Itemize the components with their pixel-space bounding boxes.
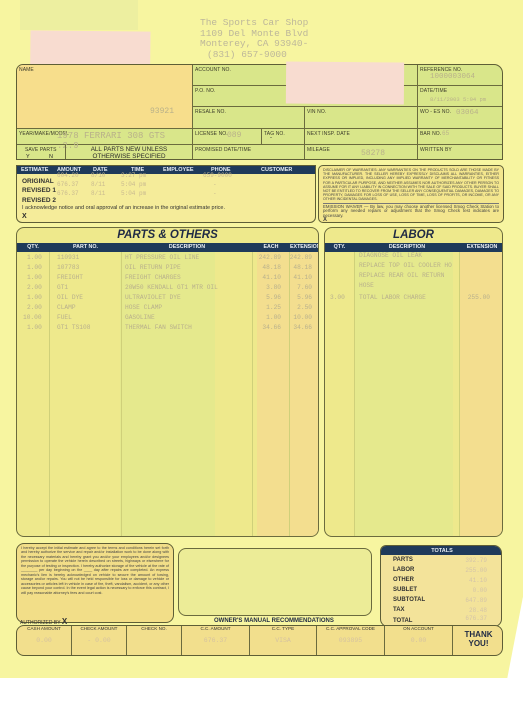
payment-value: 0.00 bbox=[385, 637, 452, 644]
wo-label: WO - ES NO. bbox=[420, 109, 451, 115]
mileage-field: MILEAGE 58278 bbox=[305, 145, 418, 160]
totals-value: 676.37 bbox=[465, 615, 487, 622]
payment-value: 0.00 bbox=[17, 637, 71, 644]
payment-check-amount: CHECK AMOUNT- 0.00 bbox=[72, 626, 127, 656]
payment-label: CHECK NO. bbox=[127, 626, 181, 631]
payment-label: C.C. AMOUNT bbox=[182, 626, 249, 631]
part-extension: 10.00 bbox=[293, 314, 312, 321]
totals-value: 41.10 bbox=[469, 577, 487, 584]
part-each: 242.89 bbox=[259, 254, 281, 261]
written-by-label: WRITTEN BY bbox=[420, 147, 452, 153]
thank-you-line1: THANK bbox=[453, 630, 503, 639]
part-each: 34.66 bbox=[262, 324, 281, 331]
vin-field: VIN NO. bbox=[305, 107, 418, 129]
tag-field: TAG NO. - bbox=[262, 129, 305, 145]
shop-name: The Sports Car Shop bbox=[200, 18, 308, 29]
col-customer: CUSTOMER bbox=[261, 167, 292, 173]
payment-label: CASH AMOUNT bbox=[17, 626, 71, 631]
estimate-signature-line[interactable]: X bbox=[22, 213, 27, 220]
part-each: 1.00 bbox=[266, 314, 281, 321]
part-extension: 7.60 bbox=[297, 284, 312, 291]
labor-qty: 3.00 bbox=[330, 294, 345, 301]
disclaimer-text: DISCLAIMER OF WARRANTIES: ANY WARRANTIES… bbox=[323, 168, 499, 202]
bar-label: BAR NO. bbox=[420, 131, 441, 137]
labor-row: REPLACE REAR OIL RETURN bbox=[325, 271, 502, 281]
part-number: FUEL bbox=[57, 314, 72, 321]
payment-check-no: CHECK NO. bbox=[127, 626, 182, 656]
part-extension: 41.10 bbox=[293, 274, 312, 281]
license-label: LICENSE NO. bbox=[195, 131, 228, 137]
name-label: NAME bbox=[19, 67, 34, 73]
estimate-original-label: ORIGINAL bbox=[22, 178, 54, 185]
estimate-revised1-date: 8/11 bbox=[91, 190, 105, 197]
resale-label: RESALE NO. bbox=[195, 109, 226, 115]
save-parts-field: SAVE PARTS Y N bbox=[17, 145, 66, 160]
name-field: NAME 93921 bbox=[17, 65, 193, 129]
estimate-section: ESTIMATE AMOUNT DATE TIME EMPLOYEE PHONE… bbox=[16, 165, 316, 223]
tag-value: - bbox=[270, 135, 272, 141]
parts-col-partno: PART NO. bbox=[50, 243, 121, 252]
save-parts-label: SAVE PARTS bbox=[25, 147, 57, 153]
parts-col-description: DESCRIPTION bbox=[122, 243, 252, 252]
parts-row: 1.00 110931 HT PRESSURE OIL LINE 242.89 … bbox=[17, 253, 318, 263]
parts-row: 2.00 CLAMP HOSE CLAMP 1.25 2.50 bbox=[17, 303, 318, 313]
bar-field: BAR NO. 65 bbox=[418, 129, 503, 145]
parts-col-extension: EXTENSION bbox=[290, 243, 319, 252]
parts-row: 10.00 FUEL GASOLINE 1.00 10.00 bbox=[17, 313, 318, 323]
parts-notice-line2: OTHERWISE SPECIFIED bbox=[66, 153, 192, 160]
totals-label: OTHER bbox=[393, 577, 414, 583]
estimate-top-time: 3:27 pm bbox=[121, 172, 146, 179]
estimate-revised2-label: REVISED 2 bbox=[22, 197, 56, 204]
datetime-label: DATE/TIME bbox=[420, 88, 447, 94]
part-description: FREIGHT CHARGES bbox=[125, 274, 181, 281]
redaction-sticker-account bbox=[286, 61, 404, 104]
labor-row: HOSE bbox=[325, 281, 502, 291]
estimate-original-time: 5:04 pm bbox=[121, 181, 146, 188]
totals-label: SUBLET bbox=[393, 587, 417, 593]
parts-notice: ALL PARTS NEW UNLESS OTHERWISE SPECIFIED bbox=[66, 145, 193, 160]
part-description: GASOLINE bbox=[125, 314, 155, 321]
save-parts-no[interactable]: N bbox=[49, 154, 53, 160]
part-extension: 2.50 bbox=[297, 304, 312, 311]
parts-title: PARTS & OTHERS bbox=[17, 229, 318, 241]
part-qty: 1.00 bbox=[27, 264, 42, 271]
totals-value: 392.79 bbox=[465, 557, 487, 564]
payment-cash: CASH AMOUNT0.00 bbox=[17, 626, 72, 656]
mileage-label: MILEAGE bbox=[307, 147, 330, 153]
part-qty: 1.00 bbox=[27, 254, 42, 261]
part-extension: 48.18 bbox=[293, 264, 312, 271]
totals-row-parts: PARTS392.79 bbox=[393, 557, 495, 567]
promised-field: PROMISED DATE/TIME bbox=[193, 145, 305, 160]
part-qty: 2.00 bbox=[27, 284, 42, 291]
payment-cc-approval: C.C. APPROVAL CODE093895 bbox=[317, 626, 385, 656]
part-description: ULTRAVIOLET DYE bbox=[125, 294, 181, 301]
totals-label: TOTAL bbox=[393, 618, 412, 624]
thank-you-line2: YOU! bbox=[453, 639, 503, 648]
terms-text: I hereby accept the initial estimate and… bbox=[21, 546, 169, 595]
col-employee: EMPLOYEE bbox=[163, 167, 194, 173]
totals-box: TOTALS PARTS392.79 LABOR255.00 OTHER41.1… bbox=[380, 545, 502, 627]
part-extension: 34.66 bbox=[293, 324, 312, 331]
payment-label: ON ACCOUNT bbox=[385, 626, 452, 631]
part-qty: 10.00 bbox=[23, 314, 42, 321]
totals-label: PARTS bbox=[393, 557, 413, 563]
payment-value: 676.37 bbox=[182, 637, 249, 644]
save-parts-yes[interactable]: Y bbox=[26, 154, 30, 160]
estimate-original-date: 8/11 bbox=[91, 181, 105, 188]
po-label: P.O. NO. bbox=[195, 88, 215, 94]
labor-description: REPLACE REAR OIL RETURN bbox=[359, 272, 444, 279]
totals-value: 647.89 bbox=[465, 597, 487, 604]
totals-value: 28.48 bbox=[469, 607, 487, 614]
parts-row: 1.00 GT1 TS108 THERMAL FAN SWITCH 34.66 … bbox=[17, 323, 318, 333]
estimate-original-amount: 676.37 bbox=[57, 181, 79, 188]
parts-row: 1.00 OIL DYE ULTRAVIOLET DYE 5.96 5.96 bbox=[17, 293, 318, 303]
totals-row-subtotal: SUBTOTAL647.89 bbox=[393, 597, 495, 607]
next-insp-label: NEXT INSP. DATE bbox=[307, 131, 350, 137]
estimate-revised1-label: REVISED 1 bbox=[22, 187, 56, 194]
license-value: 089 bbox=[227, 131, 241, 140]
shop-city: Monterey, CA 93940- bbox=[200, 39, 308, 50]
datetime-value: 8/11/2003 5:04 pm bbox=[430, 96, 486, 103]
part-each: 1.25 bbox=[266, 304, 281, 311]
labor-description: REPLACE TOP OIL COOLER HO bbox=[359, 262, 452, 269]
parts-row: 1.00 107783 OIL RETURN PIPE 48.18 48.18 bbox=[17, 263, 318, 273]
labor-extension: 255.00 bbox=[468, 294, 490, 301]
account-label: ACCOUNT NO. bbox=[195, 67, 231, 73]
part-number: 107783 bbox=[57, 264, 79, 271]
parts-col-qty: QTY. bbox=[17, 243, 49, 252]
datetime-field: DATE/TIME 8/11/2003 5:04 pm bbox=[418, 86, 503, 107]
part-qty: 1.00 bbox=[27, 274, 42, 281]
smudge bbox=[20, 0, 138, 30]
payment-on-account: ON ACCOUNT0.00 bbox=[385, 626, 453, 656]
part-each: 3.80 bbox=[266, 284, 281, 291]
labor-row: DIAGNOSE OIL LEAK bbox=[325, 251, 502, 261]
parts-col-each: EACH bbox=[253, 243, 289, 252]
part-description: HT PRESSURE OIL LINE bbox=[125, 254, 199, 261]
labor-row: 3.00 TOTAL LABOR CHARGE 255.00 bbox=[325, 293, 502, 303]
payment-strip: CASH AMOUNT0.00 CHECK AMOUNT- 0.00 CHECK… bbox=[16, 625, 503, 656]
part-number: OIL DYE bbox=[57, 294, 83, 301]
parts-panel: PARTS & OTHERS QTY. PART NO. DESCRIPTION… bbox=[16, 227, 319, 537]
part-number: FREIGHT bbox=[57, 274, 83, 281]
wo-field: WO - ES NO. 03064 bbox=[418, 107, 503, 129]
payment-value: 093895 bbox=[317, 637, 384, 644]
estimate-top-date: 8/10 bbox=[91, 172, 105, 179]
part-each: 48.18 bbox=[262, 264, 281, 271]
name-zip: 93921 bbox=[150, 107, 174, 116]
estimate-revised1-amount: 676.37 bbox=[57, 190, 79, 197]
payment-label: C.C. TYPE bbox=[250, 626, 316, 631]
col-estimate: ESTIMATE bbox=[21, 167, 48, 173]
payment-label: CHECK AMOUNT bbox=[72, 626, 126, 631]
recommendations-label: OWNER'S MANUAL RECOMMENDATIONS bbox=[214, 618, 334, 624]
estimate-revised1-time: 5:04 pm bbox=[121, 190, 146, 197]
mileage-value: 58278 bbox=[361, 149, 385, 158]
payment-value: - 0.00 bbox=[72, 637, 126, 644]
labor-description: TOTAL LABOR CHARGE bbox=[359, 294, 426, 301]
shop-phone: (831) 657-9000 bbox=[200, 50, 308, 61]
part-extension: 242.89 bbox=[290, 254, 312, 261]
thank-you: THANK YOU! bbox=[453, 630, 503, 648]
labor-title: LABOR bbox=[325, 229, 502, 241]
parts-table-header: QTY. PART NO. DESCRIPTION EACH EXTENSION bbox=[17, 243, 318, 252]
part-description: 20W50 KENDALL GT1 MTR OIL bbox=[125, 284, 218, 291]
estimate-acknowledge: I acknowledge notice and oral approval o… bbox=[22, 205, 225, 211]
totals-value: 255.00 bbox=[465, 567, 487, 574]
payment-value: VISA bbox=[250, 637, 316, 644]
part-extension: 5.96 bbox=[297, 294, 312, 301]
estimate-top-amount: 604.20 bbox=[57, 172, 79, 179]
part-each: 41.10 bbox=[262, 274, 281, 281]
reference-value: 1000003064 bbox=[430, 73, 475, 81]
part-number: CLAMP bbox=[57, 304, 76, 311]
part-each: 5.96 bbox=[266, 294, 281, 301]
part-qty: 1.00 bbox=[27, 294, 42, 301]
payment-cc-amount: C.C. AMOUNT676.37 bbox=[182, 626, 250, 656]
promised-label: PROMISED DATE/TIME bbox=[195, 147, 251, 153]
next-insp-field: NEXT INSP. DATE bbox=[305, 129, 418, 145]
part-description: HOSE CLAMP bbox=[125, 304, 162, 311]
reference-field: REFERENCE NO. 1000003064 bbox=[418, 65, 503, 86]
parts-row: 1.00 FREIGHT FREIGHT CHARGES 41.10 41.10 bbox=[17, 273, 318, 283]
recommendations-box bbox=[178, 548, 372, 616]
payment-cc-type: C.C. TYPEVISA bbox=[250, 626, 317, 656]
shop-header: The Sports Car Shop 1109 Del Monte Blvd … bbox=[200, 18, 308, 60]
totals-title: TOTALS bbox=[381, 546, 502, 555]
totals-label: SUBTOTAL bbox=[393, 597, 425, 603]
part-number: GT1 TS108 bbox=[57, 324, 90, 331]
part-description: THERMAL FAN SWITCH bbox=[125, 324, 192, 331]
bar-value: 65 bbox=[442, 130, 449, 137]
totals-row-sublet: SUBLET0.00 bbox=[393, 587, 495, 597]
payment-label: C.C. APPROVAL CODE bbox=[317, 626, 384, 631]
part-qty: 2.00 bbox=[27, 304, 42, 311]
emission-waiver-text: EMISSION WAIVER — By law, you may choose… bbox=[323, 203, 499, 219]
estimate-original-phone: - bbox=[213, 181, 217, 188]
labor-panel: LABOR QTY. DESCRIPTION EXTENSION DIAGNOS… bbox=[324, 227, 503, 537]
parts-row: 2.00 GT1 20W50 KENDALL GT1 MTR OIL 3.80 … bbox=[17, 283, 318, 293]
disclaimer-box: DISCLAIMER OF WARRANTIES: ANY WARRANTIES… bbox=[318, 165, 504, 223]
customer-vehicle-grid: NAME 93921 ACCOUNT NO. P.O. NO. RESALE N… bbox=[16, 64, 503, 160]
ymm-field: YEAR/MAKE/MODEL 1978 FERRARI 308 GTS .2.… bbox=[17, 129, 193, 145]
totals-value: 0.00 bbox=[473, 587, 487, 594]
parts-notice-line1: ALL PARTS NEW UNLESS bbox=[66, 146, 192, 153]
part-number: 110931 bbox=[57, 254, 79, 261]
waiver-signature-line[interactable]: X bbox=[323, 218, 499, 222]
license-field: LICENSE NO. 089 bbox=[193, 129, 262, 145]
estimate-revised1-phone: - bbox=[213, 190, 217, 197]
vin-label: VIN NO. bbox=[307, 109, 326, 115]
authorization-terms: I hereby accept the initial estimate and… bbox=[16, 543, 174, 623]
totals-label: TAX bbox=[393, 607, 405, 613]
written-by-field: WRITTEN BY bbox=[418, 145, 503, 160]
totals-label: LABOR bbox=[393, 567, 414, 573]
totals-row-labor: LABOR255.00 bbox=[393, 567, 495, 577]
totals-row-other: OTHER41.10 bbox=[393, 577, 495, 587]
resale-field: RESALE NO. bbox=[193, 107, 305, 129]
part-qty: 1.00 bbox=[27, 324, 42, 331]
labor-description: HOSE bbox=[359, 282, 374, 289]
part-number: GT1 bbox=[57, 284, 68, 291]
tag-label: TAG NO. bbox=[264, 131, 285, 137]
part-description: OIL RETURN PIPE bbox=[125, 264, 181, 271]
estimate-top-phone: 659-9000 bbox=[203, 172, 232, 179]
invoice-paper: The Sports Car Shop 1109 Del Monte Blvd … bbox=[0, 0, 523, 678]
labor-row: REPLACE TOP OIL COOLER HO bbox=[325, 261, 502, 271]
labor-description: DIAGNOSE OIL LEAK bbox=[359, 252, 422, 259]
wo-value: 03064 bbox=[456, 109, 479, 117]
